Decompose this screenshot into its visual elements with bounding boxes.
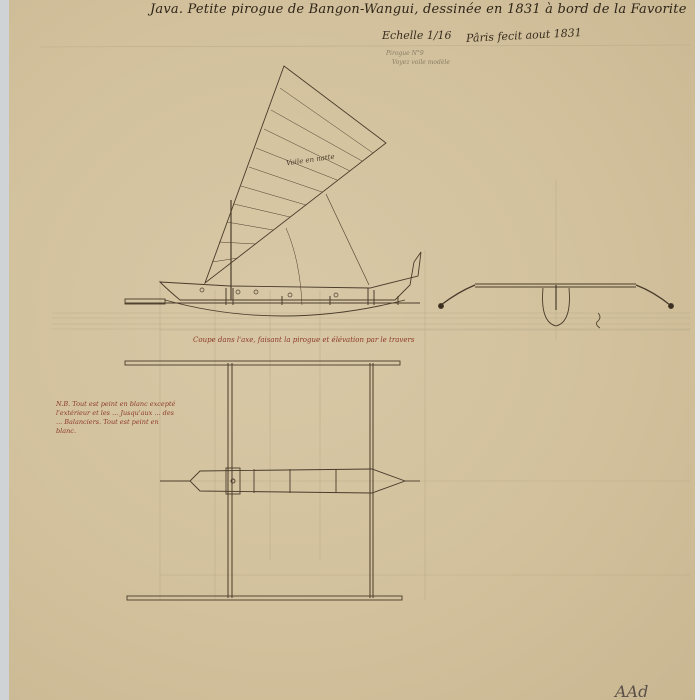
scale-label: Echelle 1/16 (382, 29, 452, 42)
construction-lines (40, 45, 690, 600)
pencil-note-1: Pirogue N°9 (386, 50, 424, 57)
plan-view (125, 361, 420, 600)
hull-keel (165, 300, 405, 316)
float-lower (127, 596, 402, 600)
float-upper (125, 361, 400, 365)
pencil-note-2: Voyez voile modèle (392, 59, 450, 66)
drawing-title: Java. Petite pirogue de Bangon-Wangui, d… (150, 2, 687, 17)
side-elevation-view (125, 66, 421, 316)
archive-mark: AAd (615, 682, 648, 700)
section-caption: Coupe dans l'axe, faisant la pirogue et … (193, 336, 414, 344)
painting-note: N.B. Tout est peint en blanc excepté l'e… (56, 400, 176, 436)
drawing-canvas (0, 0, 700, 700)
